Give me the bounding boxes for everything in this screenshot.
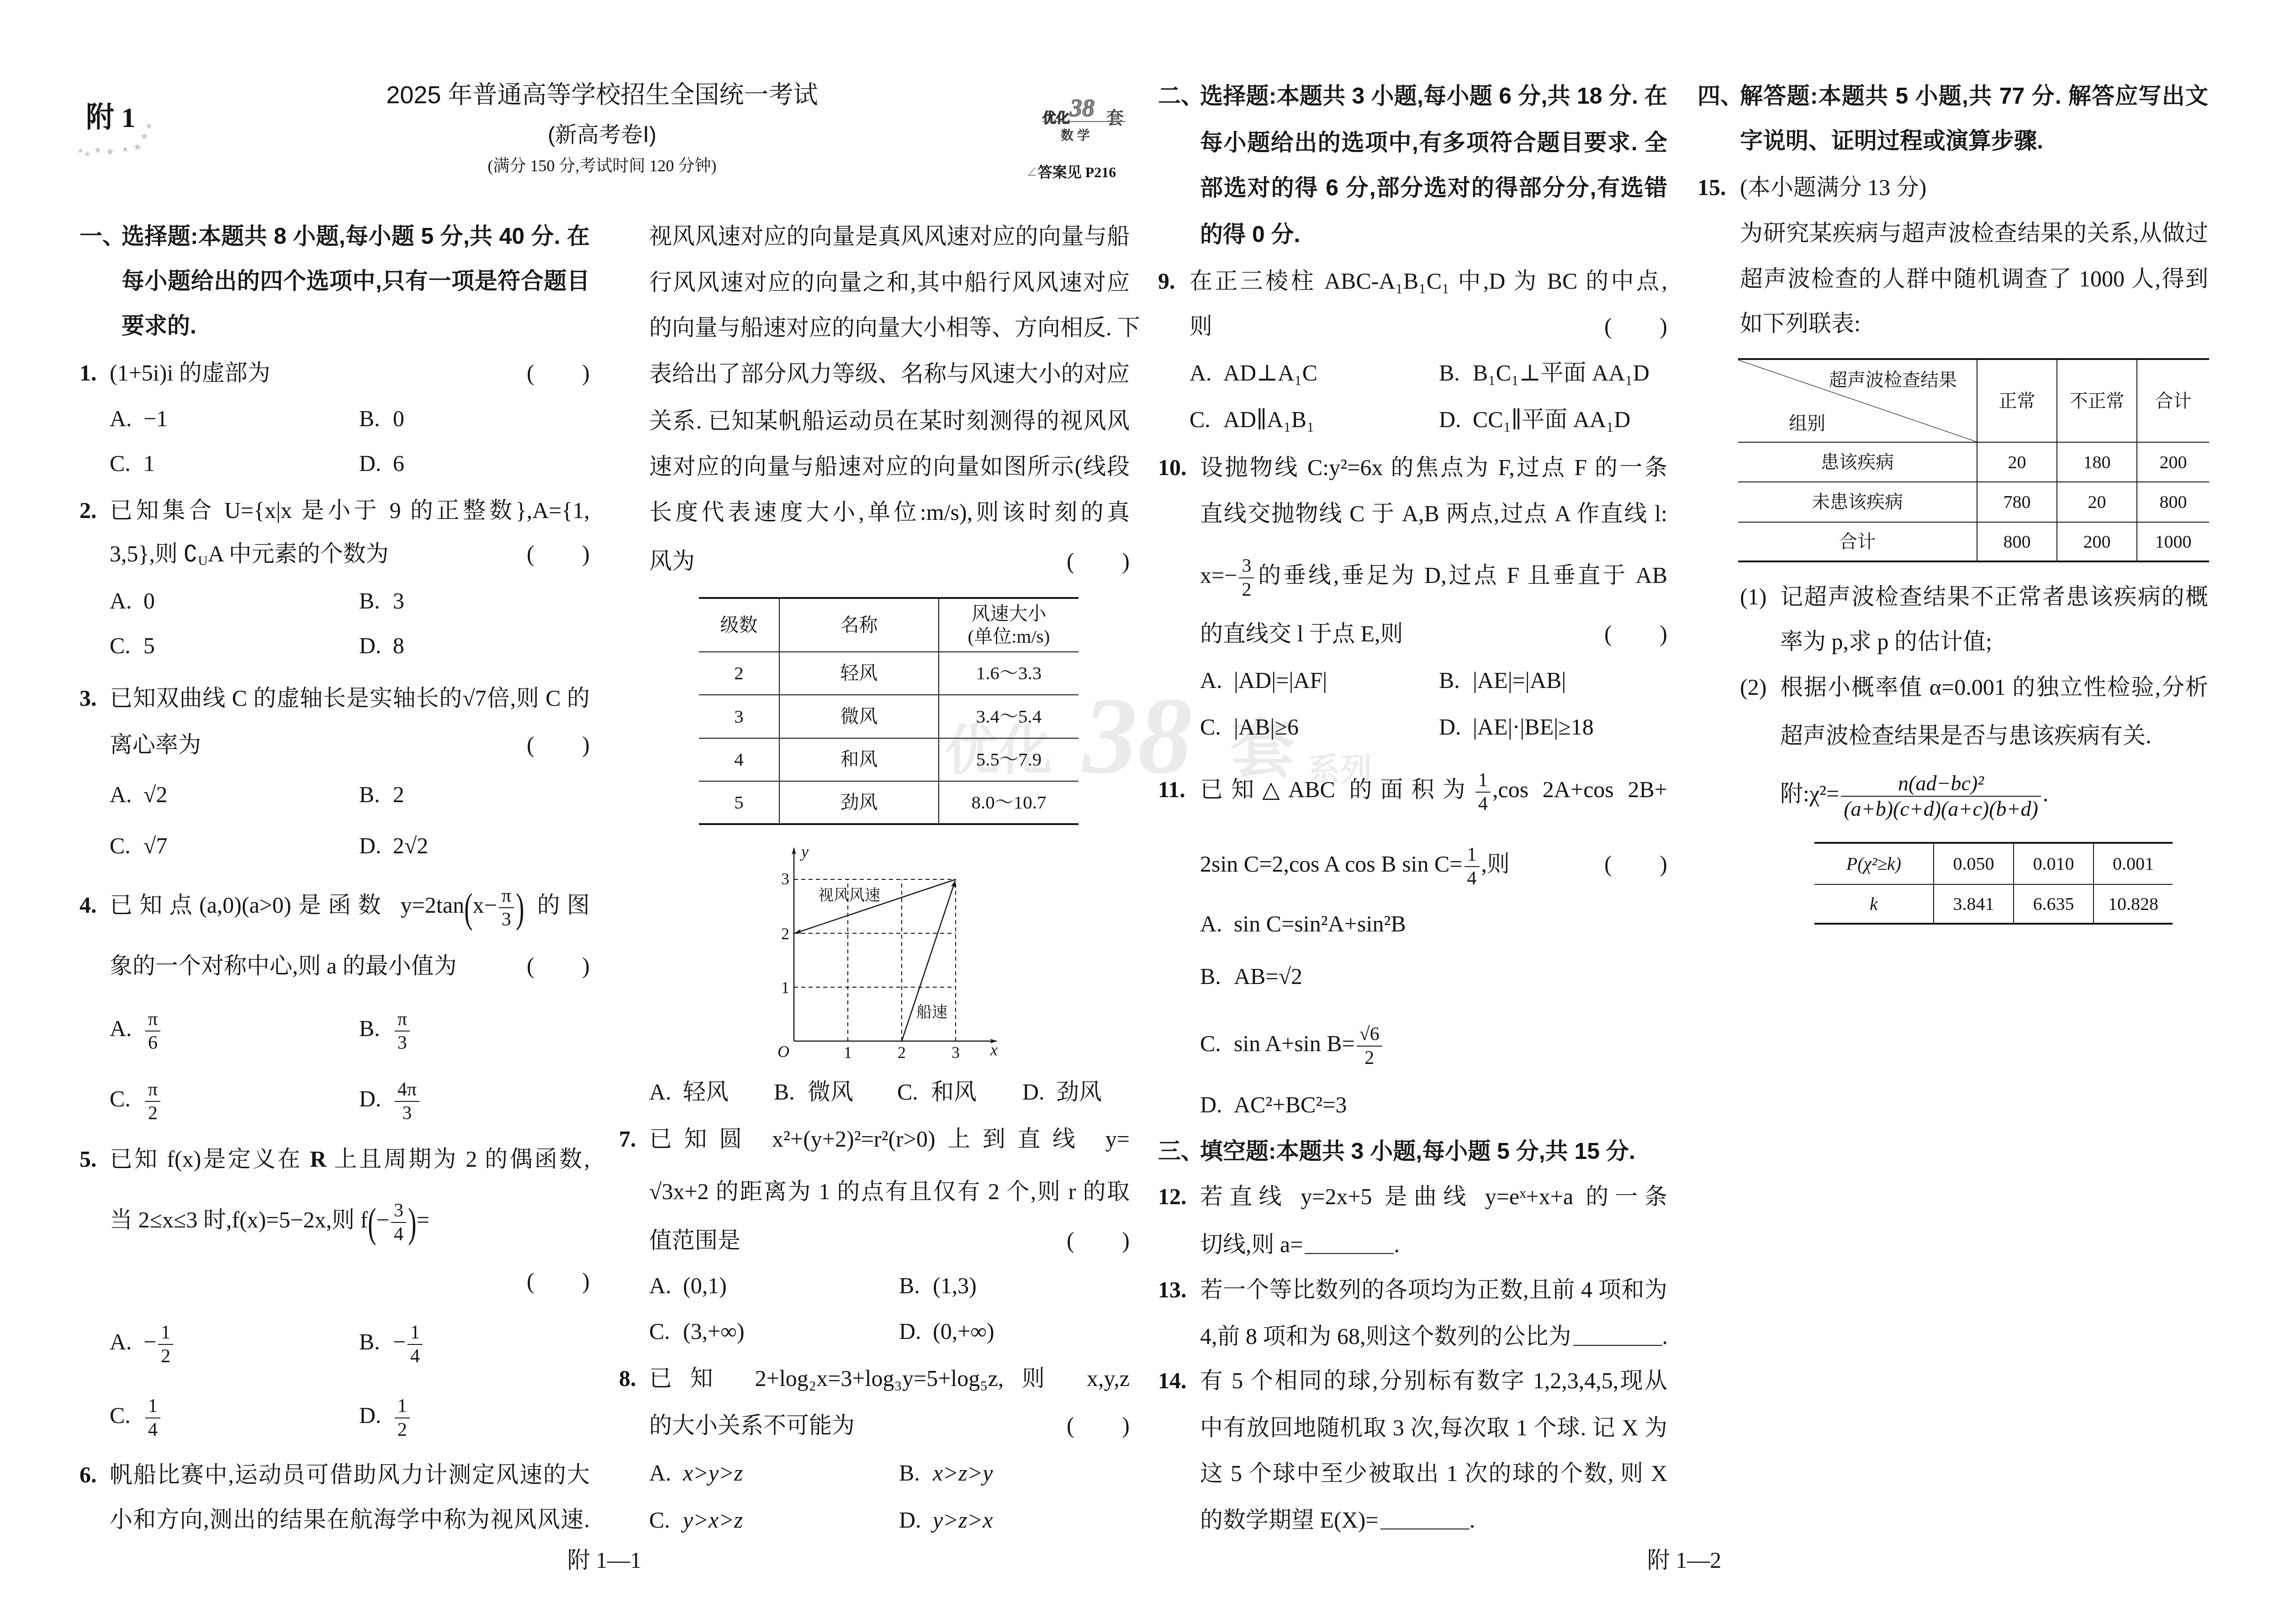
q6-stem-line: 小和方向,测出的结果在航海学中称为视风风速.: [110, 1497, 590, 1542]
section3-line: 填空题:本题共 3 小题,每小题 5 分,共 15 分.: [1200, 1128, 1635, 1174]
section2-line: 选择题:本题共 3 小题,每小题 6 分,共 18 分. 在: [1200, 73, 1667, 119]
option-value: AD⊥A₁C: [1223, 360, 1317, 386]
q2-option-d: D.8: [359, 623, 404, 668]
col-header: 合计: [2137, 359, 2209, 442]
option-value: x>y>z: [683, 1460, 743, 1486]
q5-option-d: D.12: [359, 1392, 412, 1439]
q1-option-a: A.−1: [110, 396, 359, 441]
q9-option-a: A.AD⊥A₁C: [1190, 350, 1439, 396]
table-cell: 780: [1977, 482, 2057, 522]
q5-paren-line: (): [110, 1258, 590, 1304]
q11-option-b: B.AB=√2: [1200, 953, 1302, 999]
option-value: (0,1): [683, 1273, 727, 1298]
question-number: 12.: [1158, 1174, 1187, 1219]
option-label: B.: [359, 772, 393, 817]
q8-options-cd: C.y>x>zD.y>z>x: [649, 1497, 1130, 1543]
q7-option-d: D.(0,+∞): [899, 1308, 994, 1354]
option-value: (1,3): [933, 1273, 977, 1298]
boat-speed-label: 船速: [916, 1004, 947, 1021]
question-number: 1.: [79, 350, 97, 396]
fraction: π2: [145, 1080, 160, 1123]
option-label: A.: [649, 1263, 683, 1308]
section2-line: 每小题给出的选项中,有多项符合题目要求. 全: [1200, 120, 1667, 165]
fraction-denominator: 2: [145, 1102, 160, 1123]
q4-option-b: B.π3: [359, 1005, 412, 1053]
answer-paren: (): [1604, 303, 1667, 349]
stem-text: 2sin C=2,cos A cos B sin C=: [1200, 851, 1463, 877]
star-icon: ★: [122, 146, 129, 154]
q7-option-a: A.(0,1): [649, 1263, 899, 1308]
option-label: B.: [359, 1319, 393, 1365]
table-cell: 6.635: [2014, 884, 2094, 924]
question-number: 11.: [1158, 767, 1185, 812]
fraction: 4π3: [395, 1080, 419, 1123]
logo-number: 38: [1070, 95, 1094, 120]
option-label: A.: [1190, 350, 1223, 396]
q2-options-cd: C.5D.8: [110, 623, 590, 668]
option-label: C.: [110, 823, 143, 868]
stem-text: 风为: [649, 548, 695, 574]
page-subtitle: (新高考卷Ⅰ): [320, 122, 884, 148]
q10-stem-line: x=−32的垂线,垂足为 D,过点 F 且垂直于 AB: [1200, 552, 1667, 598]
q10-option-c: C.|AB|≥6: [1200, 704, 1439, 750]
table-row: 未患该疾病 780 20 800: [1738, 482, 2209, 522]
q9-option-d: D.CC₁∥平面 AA₁D: [1439, 397, 1630, 442]
stem-text: x−: [473, 892, 497, 918]
table-cell: 3.841: [1934, 884, 2014, 924]
q10-stem-line: 设抛物线 C:y²=6x 的焦点为 F,过点 F 的一条: [1200, 444, 1667, 490]
table-row: 5 劲风 8.0～10.7: [699, 781, 1079, 824]
q3-option-c: C.√7: [110, 823, 359, 868]
q2-option-a: A.0: [110, 578, 359, 624]
section4-line: 字说明、证明过程或演算步骤.: [1740, 118, 2043, 164]
option-value: 0: [143, 588, 155, 614]
part-2-line: 根据小概率值 α=0.001 的独立性检验,分析: [1780, 664, 2208, 710]
answer-paren: (): [527, 722, 590, 767]
option-label: B.: [1439, 350, 1473, 396]
row-header: 合计: [1738, 522, 1977, 561]
question-number: 8.: [619, 1355, 636, 1401]
stem-text: 3,5},则 ∁: [110, 541, 198, 566]
table-cell: 10.828: [2094, 884, 2173, 924]
q8-option-c: C.y>x>z: [649, 1497, 899, 1543]
fraction: 32: [1239, 556, 1254, 599]
table-cell: 180: [2057, 442, 2137, 482]
option-label: B.: [774, 1069, 808, 1115]
answer-paren: (): [527, 1258, 590, 1304]
q5-option-c: C.14: [110, 1392, 359, 1439]
paren-close: ): [582, 722, 590, 767]
option-value: AD∥A₁B₁: [1223, 407, 1315, 432]
q3-option-a: A.√2: [110, 772, 359, 817]
fraction: π3: [499, 886, 514, 929]
q3-stem-line: 已知双曲线 C 的虚轴长是实轴长的√7倍,则 C 的: [110, 675, 590, 721]
option-value: y>x>z: [683, 1507, 743, 1533]
question-number: 7.: [619, 1116, 636, 1162]
q11-stem-line: 2sin C=2,cos A cos B sin C=14,则 (): [1200, 841, 1667, 887]
answer-paren: (): [527, 943, 590, 989]
cell-speed: 1.6～3.3: [939, 652, 1079, 695]
fraction: n(ad−bc)²(a+b)(c+d)(a+c)(b+d): [1841, 773, 2041, 820]
cell-level: 3: [699, 695, 779, 738]
period: .: [1470, 1507, 1475, 1533]
q13-stem-line: 4,前 8 项和为 68,则这个数列的公比为.: [1200, 1313, 1668, 1359]
q6-option-d: D.劲风: [1022, 1069, 1102, 1115]
q6-stem-line: 视风风速对应的向量是真风风速对应的向量与船: [649, 213, 1130, 259]
q4-options-cd: C.π2D.4π3: [110, 1076, 590, 1121]
q12-stem-line: 若直线 y=2x+5 是曲线 y=eˣ+x+a 的一条: [1200, 1174, 1667, 1219]
part-1-line: 记超声波检查结果不正常者患该疾病的概: [1780, 574, 2208, 619]
stem-text: (1+5i)i 的虚部为: [110, 360, 270, 386]
star-icon: ★: [145, 122, 153, 131]
fraction-denominator: 4: [1475, 793, 1491, 814]
option-label: D.: [359, 623, 393, 668]
option-label: D.: [359, 823, 393, 868]
option-value: (3,+∞): [683, 1318, 745, 1344]
q4-options-ab: A.π6B.π3: [110, 1005, 590, 1051]
header-speed: 风速大小(单位:m/s): [939, 598, 1079, 652]
q6-stem-line: 关系. 已知某帆船运动员在某时刻测得的视风风: [649, 398, 1130, 444]
answer-paren: (): [527, 350, 590, 396]
question-number: 3.: [79, 675, 97, 721]
section2-line: 的得 0 分.: [1200, 212, 1300, 257]
q9-stem-line: 在正三棱柱 ABC-A₁B₁C₁ 中,D 为 BC 的中点,: [1190, 258, 1667, 304]
q4-option-c: C.π2: [110, 1076, 359, 1123]
q6-stem-line: 速对应的向量与船速对应的向量如图所示(线段: [649, 444, 1130, 489]
fraction-denominator: 2: [1239, 578, 1254, 599]
table-row: k 3.841 6.635 10.828: [1814, 884, 2173, 924]
table-row: 3 微风 3.4～5.4: [699, 695, 1079, 738]
q8-options-ab: A.x>y>zB.x>z>y: [649, 1450, 1130, 1496]
option-label: A.: [1200, 657, 1234, 703]
q10-stem-line: 直线交抛物线 C 于 A,B 两点,过点 A 作直线 l:: [1200, 491, 1667, 536]
q9-option-c: C.AD∥A₁B₁: [1190, 397, 1439, 442]
q7-options-ab: A.(0,1)B.(1,3): [649, 1263, 1130, 1308]
stem-text: 值范围是: [649, 1227, 740, 1253]
q11-option-c: C.sin A+sin B=√62: [1200, 1021, 1384, 1066]
period: .: [1662, 1323, 1668, 1349]
option-value: 劲风: [1056, 1079, 1102, 1105]
q7-option-c: C.(3,+∞): [649, 1308, 899, 1354]
q6-option-c: C.和风: [897, 1069, 1022, 1115]
fraction-denominator: 3: [499, 908, 514, 929]
paren-close: ): [1660, 303, 1667, 349]
q7-stem-line: 已知圆 x²+(y+2)²=r²(r>0)上到直线 y=: [649, 1116, 1130, 1162]
paren-open: (: [527, 531, 534, 577]
answer-blank: [1305, 1227, 1394, 1254]
q2-stem-line: 3,5},则 ∁UA 中元素的个数为 (): [110, 531, 590, 577]
option-label: D.: [359, 440, 393, 486]
q10-option-b: B.|AE|=|AB|: [1439, 657, 1566, 703]
q10-stem-line: 的直线交 l 于点 E,则 (): [1200, 611, 1667, 656]
paren-close: ): [582, 1258, 590, 1304]
stem-text: 4,前 8 项和为 68,则这个数列的公比为: [1200, 1323, 1571, 1349]
q6-stem-line: 长度代表速度大小,单位:m/s),则该时刻的真: [649, 489, 1130, 535]
cell-name: 轻风: [779, 652, 939, 695]
option-label: D.: [899, 1497, 933, 1543]
formula-prefix: 附:χ²=: [1780, 781, 1839, 806]
option-label: C.: [110, 1076, 143, 1121]
paren-open: (: [1604, 841, 1612, 887]
option-label: A.: [110, 772, 143, 817]
fraction-numerator: √6: [1357, 1025, 1382, 1047]
option-label: B.: [359, 1005, 393, 1051]
q2-option-b: B.3: [359, 578, 404, 624]
exam-info: (满分 150 分,考试时间 120 分钟): [320, 156, 884, 175]
table-row: 患该疾病 20 180 200: [1738, 442, 2209, 482]
q8-stem-line: 的大小关系不可能为 (): [649, 1402, 1130, 1448]
header-speed-title: 风速大小: [939, 603, 1079, 625]
option-value: y>z>x: [933, 1507, 993, 1533]
q1-option-b: B.0: [359, 396, 404, 441]
part-label: (1): [1740, 574, 1766, 619]
table-cell: 800: [1977, 522, 2057, 561]
x-tick-label: 1: [844, 1043, 852, 1062]
fraction-denominator: 4: [1465, 867, 1480, 888]
formula-suffix: .: [2043, 781, 2049, 806]
option-value: 微风: [808, 1079, 853, 1105]
question-number: 14.: [1158, 1358, 1187, 1403]
paren-open: (: [1604, 611, 1612, 656]
diag-header-top: 超声波检查结果: [1829, 369, 1957, 391]
option-value: −1: [143, 406, 168, 431]
option-label: D.: [899, 1308, 933, 1354]
option-label: D.: [1200, 1082, 1234, 1127]
fraction: 12: [395, 1397, 410, 1439]
paren-open: (: [527, 1258, 534, 1304]
answer-blank: [1380, 1502, 1470, 1529]
y-axis-label: y: [800, 842, 809, 861]
wind-vector-figure: y x O 1 2 3 1 2 3 视风风速 船速: [772, 841, 1005, 1064]
option-label: D.: [359, 1076, 393, 1121]
diagonal-header-cell: 超声波检查结果 组别: [1738, 359, 1977, 442]
stem-text: ,则: [1481, 851, 1510, 877]
option-label: B.: [1439, 657, 1473, 703]
fraction-numerator: 1: [1465, 845, 1480, 867]
q6-stem-line: 的向量与船速对应的向量大小相等、方向相反. 下: [649, 305, 1130, 350]
option-label: C.: [649, 1497, 683, 1543]
fraction-denominator: 2: [1357, 1047, 1382, 1068]
q14-stem-line: 的数学期望 E(X)=.: [1200, 1497, 1475, 1543]
q9-stem-line: 则 (): [1190, 303, 1667, 349]
angle-arrow-icon: ∠: [1026, 164, 1038, 180]
q8-option-b: B.x>z>y: [899, 1450, 993, 1496]
option-sign: −: [143, 1329, 156, 1354]
col-header: 正常: [1977, 359, 2057, 442]
stem-text: 当 2≤x≤3 时,f(x)=5−2x,则 f: [110, 1207, 368, 1233]
header-speed-unit: (单位:m/s): [939, 625, 1079, 648]
series-logo: 优化 38 套 数 学: [1042, 94, 1133, 144]
stem-text: =: [417, 1207, 429, 1233]
stem-text: 的直线交 l 于点 E,则: [1200, 621, 1403, 646]
paren-close: ): [1122, 538, 1130, 584]
q14-stem-line: 中有放回地随机取 3 次,每次取 1 个球. 记 X 为: [1200, 1405, 1667, 1450]
table-row: 4 和风 5.5～7.9: [699, 738, 1079, 781]
option-value: √2: [143, 782, 167, 807]
q6-options: A.轻风B.微风C.和风D.劲风: [649, 1069, 1130, 1115]
fraction-numerator: 1: [407, 1323, 423, 1345]
section2-line: 部选对的得 6 分,部分选对的得部分分,有选错: [1200, 165, 1667, 211]
big-paren-close: ): [408, 1201, 416, 1243]
option-value: 轻风: [683, 1079, 729, 1105]
option-value: √7: [143, 833, 167, 858]
q3-option-b: B.2: [359, 772, 404, 817]
stem-text: 象的一个对称中心,则 a 的最小值为: [110, 953, 457, 979]
option-value: 8: [393, 633, 404, 658]
fraction-numerator: 1: [145, 1397, 160, 1418]
q7-option-b: B.(1,3): [899, 1263, 977, 1308]
q5-options-cd: C.14D.12: [110, 1392, 590, 1438]
star-icon: ★: [77, 147, 84, 154]
option-value: 和风: [931, 1079, 977, 1105]
cell-level: 5: [699, 781, 779, 824]
answer-paren: (): [1067, 538, 1130, 584]
section1-line: 要求的.: [122, 303, 196, 349]
option-value: 0: [393, 406, 404, 431]
option-value: sin A+sin B=: [1234, 1031, 1355, 1056]
header-level: 级数: [699, 598, 779, 652]
complement-subscript: U: [198, 553, 208, 568]
q7-options-cd: C.(3,+∞)D.(0,+∞): [649, 1308, 1130, 1354]
question-number: 15.: [1697, 164, 1726, 210]
option-label: B.: [899, 1263, 933, 1308]
q9-options-cd: C.AD∥A₁B₁D.CC₁∥平面 AA₁D: [1190, 397, 1667, 442]
q7-stem-line: 值范围是 (): [649, 1217, 1130, 1263]
question-number: 6.: [79, 1452, 97, 1497]
fraction-denominator: 3: [395, 1032, 410, 1053]
table-header-row: 级数 名称 风速大小(单位:m/s): [699, 598, 1079, 652]
section3-label: 三、: [1158, 1128, 1204, 1174]
fraction-denominator: 4: [391, 1223, 406, 1244]
stem-text: A 中元素的个数为: [208, 541, 389, 566]
stem-text: 离心率为: [110, 732, 201, 757]
option-value: AB=√2: [1234, 963, 1302, 989]
contingency-table: 超声波检查结果 组别 正常 不正常 合计 患该疾病 20 180 200 未患该…: [1738, 358, 2209, 562]
option-label: A.: [110, 396, 143, 441]
page-footer-2: 附 1—2: [1616, 1537, 1753, 1583]
option-label: A.: [649, 1450, 683, 1496]
answer-paren: (): [1604, 841, 1667, 887]
answer-paren: (): [527, 531, 590, 577]
real-set-symbol: R: [310, 1146, 327, 1172]
fraction: 14: [145, 1397, 160, 1439]
option-label: D.: [1022, 1069, 1056, 1115]
question-number: 13.: [1158, 1267, 1187, 1312]
q8-option-a: A.x>y>z: [649, 1450, 899, 1496]
cell-name: 和风: [779, 738, 939, 781]
question-number: 2.: [79, 487, 97, 533]
option-sign: −: [393, 1329, 406, 1354]
option-value: CC₁∥平面 AA₁D: [1473, 407, 1630, 432]
paren-open: (: [1067, 538, 1074, 584]
q9-option-b: B.B₁C₁⊥平面 AA₁D: [1439, 350, 1650, 396]
period: .: [1394, 1232, 1400, 1257]
question-number: 4.: [79, 882, 97, 928]
table-cell: 200: [2137, 442, 2209, 482]
fraction-numerator: π: [145, 1080, 160, 1102]
stem-text: 的大小关系不可能为: [649, 1412, 855, 1438]
q1-stem: (1+5i)i 的虚部为 (): [110, 350, 590, 396]
origin-label: O: [777, 1042, 789, 1061]
row-header: 未患该疾病: [1738, 482, 1977, 522]
star-icon: ★: [133, 143, 142, 153]
question-number: 10.: [1158, 444, 1187, 490]
q11-option-a: A.sin C=sin²A+sin²B: [1200, 901, 1406, 947]
answer-paren: (): [1604, 611, 1667, 656]
logo-suffix: 套: [1106, 104, 1124, 129]
fraction-denominator: 4: [145, 1418, 160, 1439]
answer-paren: (): [1067, 1402, 1130, 1448]
option-label: A.: [110, 1005, 143, 1051]
q1-option-c: C.1: [110, 440, 359, 486]
q3-option-d: D.2√2: [359, 823, 428, 868]
row-header: 患该疾病: [1738, 442, 1977, 482]
option-label: D.: [359, 1392, 393, 1438]
q7-stem-line: √3x+2 的距离为 1 的点有且仅有 2 个,则 r 的取: [649, 1169, 1130, 1214]
q10-option-d: D.|AE|·|BE|≥18: [1439, 704, 1594, 750]
fraction: 14: [1465, 845, 1480, 888]
paren-open: (: [1067, 1217, 1074, 1263]
q6-stem-line: 帆船比赛中,运动员可借助风力计测定风速的大: [110, 1452, 590, 1497]
option-label: C.: [897, 1069, 931, 1115]
section1-line: 选择题:本题共 8 小题,每小题 5 分,共 40 分. 在: [122, 213, 590, 259]
x-tick-label: 3: [952, 1043, 960, 1062]
y-tick-label: 2: [781, 925, 789, 943]
fraction-numerator: 3: [391, 1201, 406, 1223]
option-value: |AE|·|BE|≥18: [1473, 714, 1594, 740]
table-cell: 200: [2057, 522, 2137, 561]
star-icon: ★: [106, 147, 115, 157]
paren-open: (: [527, 943, 534, 989]
q5-option-b: B.−14: [359, 1319, 424, 1366]
table-row: P(χ²≥k) 0.050 0.010 0.001: [1814, 843, 2173, 884]
star-icon: ★: [140, 132, 148, 141]
fraction-numerator: 3: [1239, 556, 1254, 578]
section1-line: 每小题给出的四个选项中,只有一项是符合题目: [122, 258, 590, 304]
stem-text: 的垂线,垂足为 D,过点 F 且垂直于 AB: [1256, 562, 1667, 588]
paren-open: (: [527, 722, 534, 767]
q11-option-d: D.AC²+BC²=3: [1200, 1082, 1347, 1127]
option-value: x>z>y: [933, 1460, 993, 1486]
option-label: C.: [1190, 397, 1223, 442]
paren-close: ): [1122, 1402, 1130, 1448]
q13-stem-line: 若一个等比数列的各项均为正数,且前 4 项和为: [1200, 1267, 1667, 1312]
option-label: C.: [1200, 704, 1234, 750]
paren-close: ): [1660, 841, 1667, 887]
option-value: 2: [393, 782, 404, 807]
table-cell: 0.001: [2094, 843, 2173, 884]
q15-stem-line: 超声波检查的人群中随机调查了 1000 人,得到: [1740, 256, 2208, 302]
q4-stem-line: 已知点(a,0)(a>0)是函数 y=2tan(x−π3) 的图: [110, 882, 590, 928]
q10-options-ab: A.|AD|=|AF|B.|AE|=|AB|: [1200, 657, 1667, 703]
y-tick-label: 3: [781, 870, 789, 888]
stem-text: 切线,则 a=: [1200, 1232, 1303, 1257]
x-tick-label: 2: [898, 1043, 906, 1062]
fraction-numerator: 1: [1475, 771, 1491, 793]
star-icon: ★: [94, 145, 102, 154]
logo-subject: 数 学: [1061, 126, 1090, 144]
option-label: B.: [899, 1450, 933, 1496]
table-row: 2 轻风 1.6～3.3: [699, 652, 1079, 695]
q8-stem-line: 已知 2+log₂x=3+log₃y=5+log₅z,则 x,y,z: [649, 1355, 1130, 1401]
stem-text: 的数学期望 E(X)=: [1200, 1507, 1379, 1533]
q2-option-c: C.5: [110, 623, 359, 668]
paren-close: ): [1122, 1217, 1130, 1263]
option-label: D.: [1439, 704, 1473, 750]
answer-blank: [1573, 1318, 1662, 1346]
q4-stem-line: 象的一个对称中心,则 a 的最小值为 (): [110, 943, 590, 989]
option-label: C.: [110, 623, 143, 668]
